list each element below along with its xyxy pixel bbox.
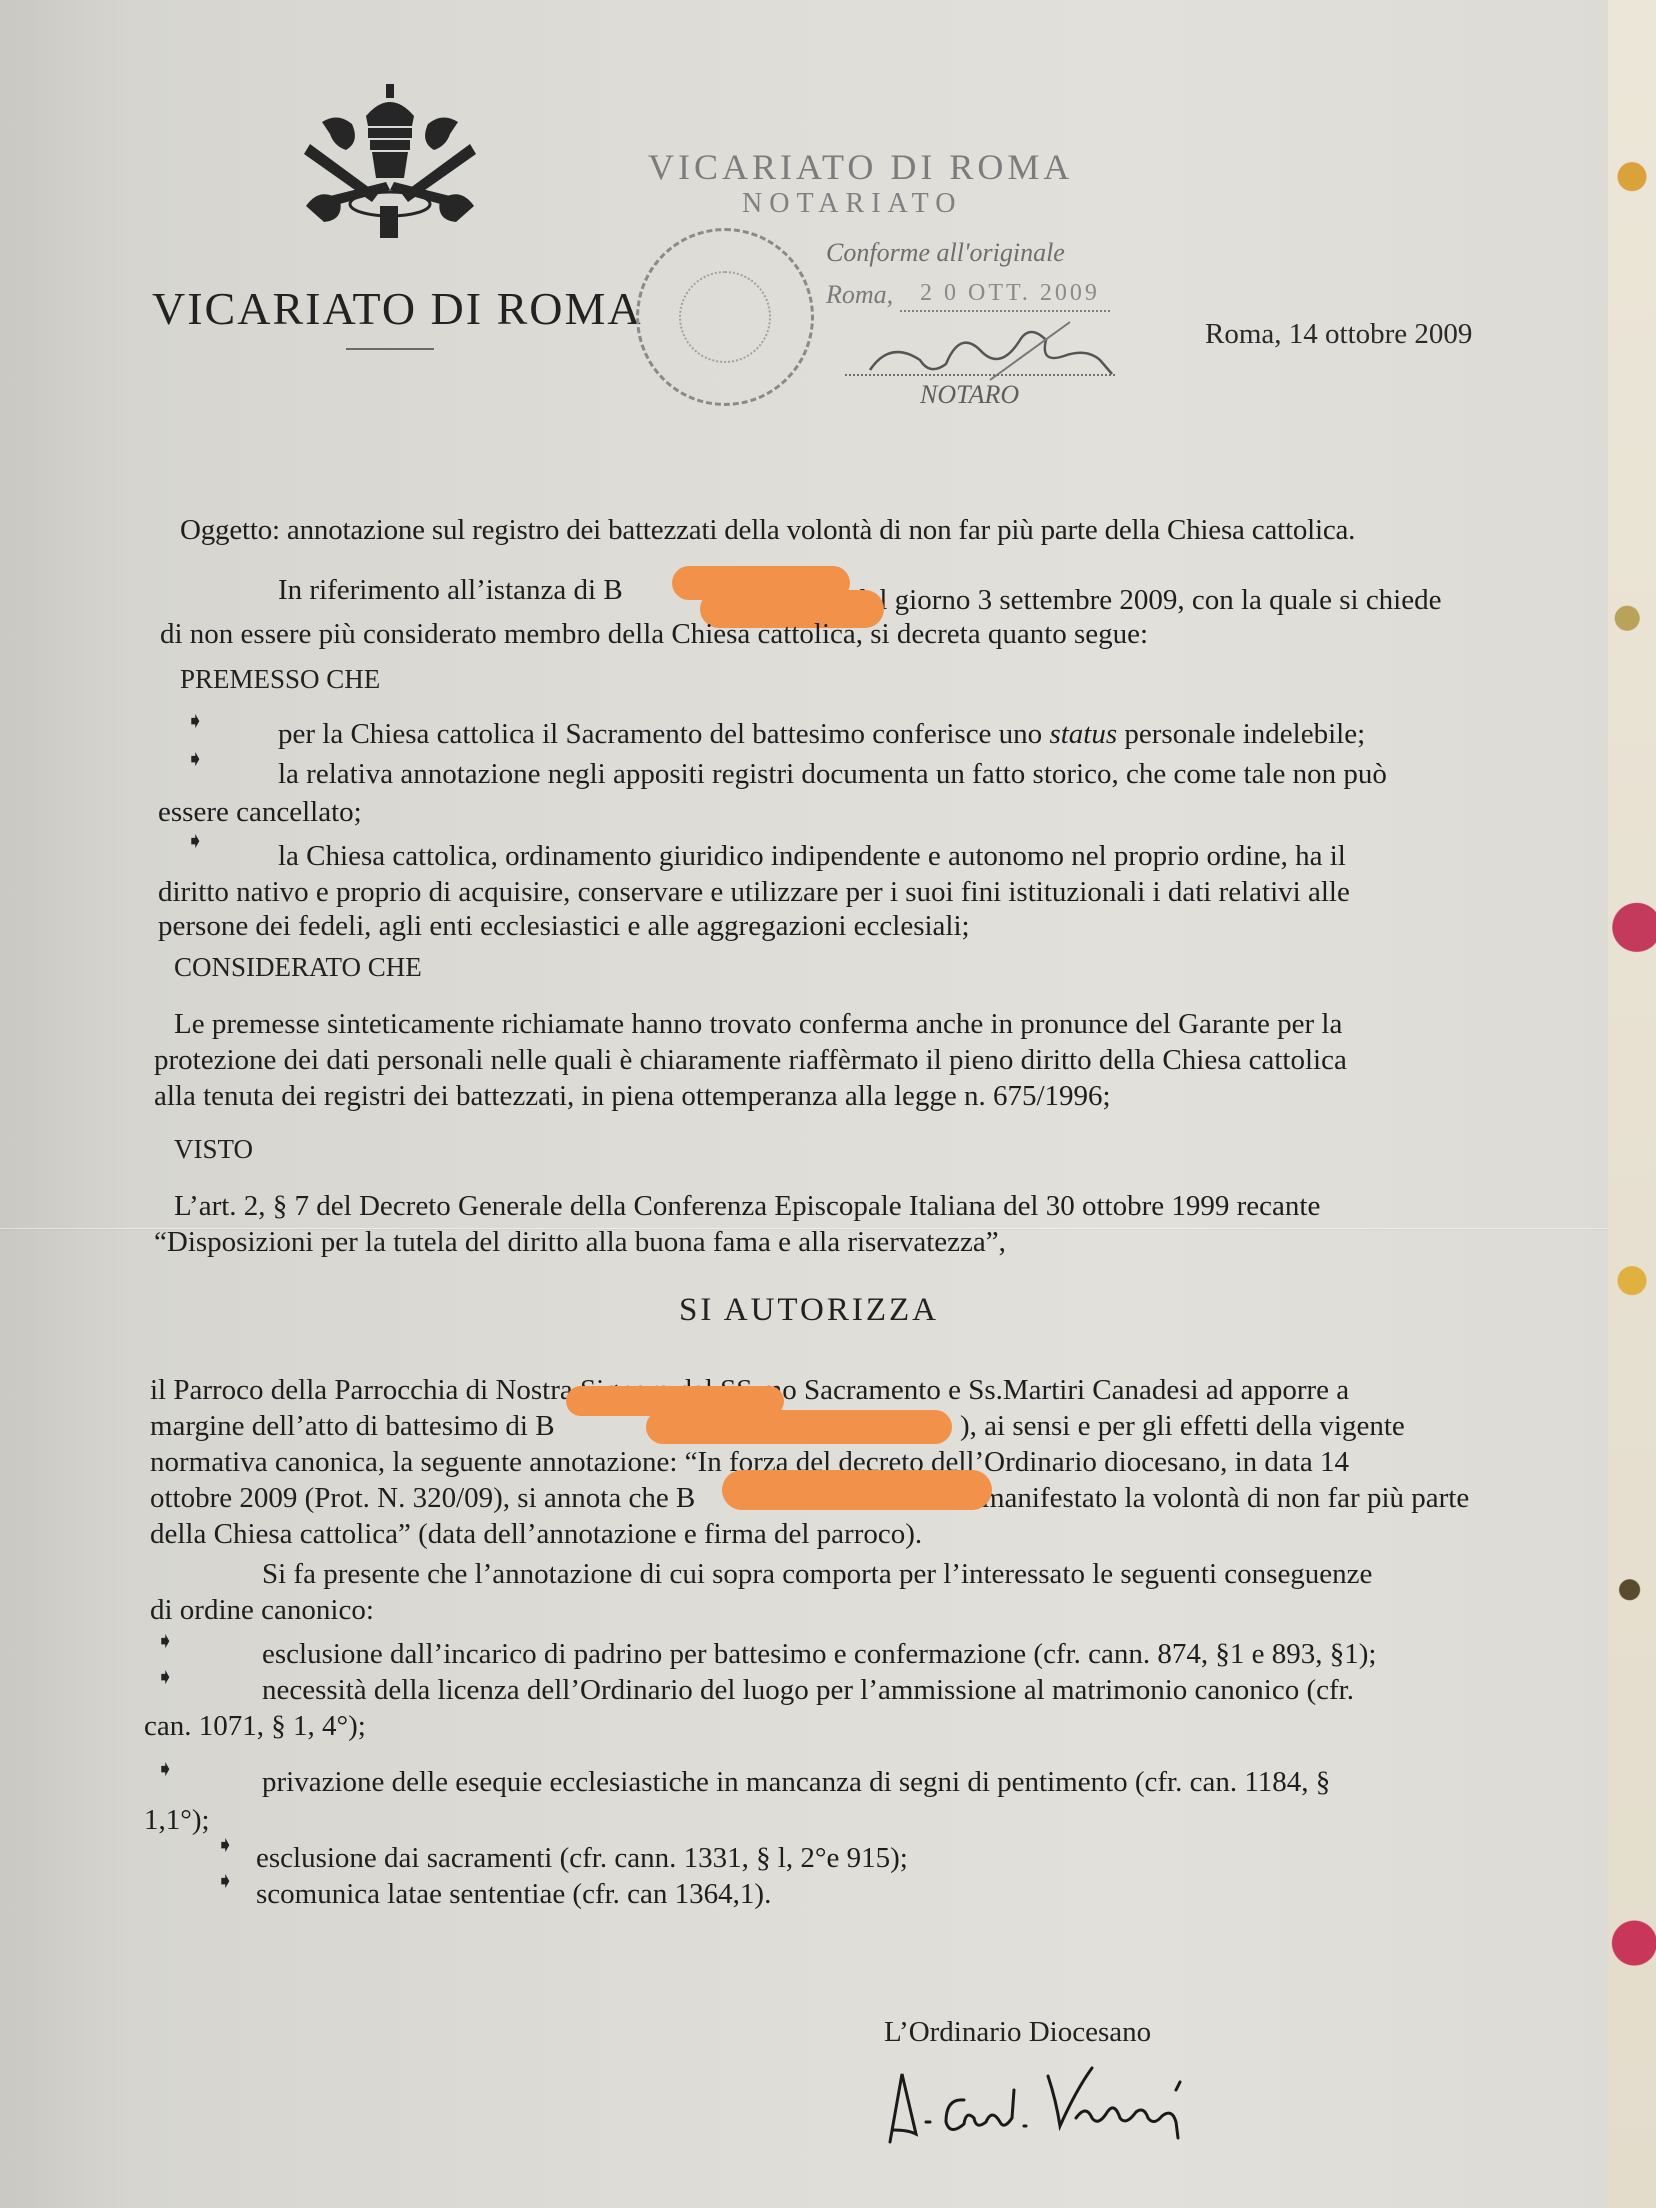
stamp-date: 2 0 OTT. 2009 (920, 280, 1100, 307)
consequence-item-4: esclusione dai sacramenti (cfr. cann. 13… (256, 1840, 908, 1876)
consequence-item-3-line-2: 1,1°); (144, 1802, 210, 1838)
intro-line-1b: del giorno 3 settembre 2009, con la qual… (852, 582, 1442, 618)
arrow-bullet-icon: ➧ (156, 1756, 174, 1782)
authorization-line-4a: ottobre 2009 (Prot. N. 320/09), si annot… (150, 1480, 695, 1516)
decision-title: SI AUTORIZZA (0, 1292, 1618, 1329)
intro-line-1a: In riferimento all’istanza di B (278, 572, 623, 608)
premise-item-1: per la Chiesa cattolica il Sacramento de… (278, 716, 1365, 752)
consequences-intro-line-2: di ordine canonico: (150, 1592, 374, 1628)
consequence-item-2-line-1: necessità della licenza dell’Ordinario d… (262, 1672, 1354, 1708)
redaction-mark (722, 1470, 992, 1510)
authorization-line-2b: ), ai sensi e per gli effetti della vige… (960, 1408, 1405, 1444)
signatory-title: L’Ordinario Diocesano (884, 2016, 1151, 2049)
stamp-place: Roma, (826, 280, 893, 310)
stamp-conformity: Conforme all'originale (826, 238, 1065, 268)
premise-item-3-line-1: la Chiesa cattolica, ordinamento giuridi… (278, 838, 1346, 874)
considerato-line-3: alla tenuta dei registri dei battezzati,… (154, 1078, 1111, 1114)
visto-line-2: “Disposizioni per la tutela del diritto … (154, 1224, 1006, 1260)
stamp-signature-line (845, 374, 1115, 376)
considerato-line-1: Le premesse sinteticamente richiamate ha… (174, 1006, 1342, 1042)
intro-line-2: di non essere più considerato membro del… (160, 616, 1148, 652)
section-heading-premesso: PREMESSO CHE (180, 664, 380, 695)
seal-stamp-icon (636, 228, 814, 406)
subject-line: Oggetto: annotazione sul registro dei ba… (180, 512, 1442, 548)
organization-title: VICARIATO DI ROMA (152, 282, 643, 335)
authorization-line-4b: manifestato la volontà di non far più pa… (982, 1480, 1469, 1516)
section-heading-visto: VISTO (174, 1134, 253, 1165)
premise-item-3-line-3: persone dei fedeli, agli enti ecclesiast… (158, 908, 970, 944)
papal-crest-icon (300, 82, 480, 242)
visto-line-1: L’art. 2, § 7 del Decreto Generale della… (174, 1188, 1320, 1224)
arrow-bullet-icon: ➧ (216, 1832, 234, 1858)
premise-item-2-line-1: la relativa annotazione negli appositi r… (278, 756, 1387, 792)
stamp-date-line (900, 310, 1110, 312)
document-date: Roma, 14 ottobre 2009 (1205, 318, 1472, 351)
section-heading-considerato: CONSIDERATO CHE (174, 952, 422, 983)
stamp-role: NOTARO (920, 380, 1019, 410)
arrow-bullet-icon: ➧ (156, 1664, 174, 1690)
consequence-item-1: esclusione dall’incarico di padrino per … (262, 1636, 1377, 1672)
considerato-line-2: protezione dei dati personali nelle qual… (154, 1042, 1347, 1078)
premise-item-2-line-2: essere cancellato; (158, 794, 362, 830)
tablecloth-background (1608, 0, 1656, 2208)
premise-item-3-line-2: diritto nativo e proprio di acquisire, c… (158, 874, 1350, 910)
consequence-item-2-line-2: can. 1071, § 1, 4°); (144, 1708, 366, 1744)
arrow-bullet-icon: ➧ (156, 1628, 174, 1654)
authorization-line-2a: margine dell’atto di battesimo di B (150, 1408, 555, 1444)
consequence-item-3-line-1: privazione delle esequie ecclesiastiche … (262, 1764, 1330, 1800)
title-underline (346, 348, 434, 350)
arrow-bullet-icon: ➧ (216, 1868, 234, 1894)
handwritten-signature-icon: A. Card. Vallini (880, 2060, 1260, 2150)
arrow-bullet-icon: ➧ (186, 708, 204, 734)
consequences-intro-line-1: Si fa presente che l’annotazione di cui … (262, 1556, 1372, 1592)
consequence-item-5: scomunica latae sententiae (cfr. can 136… (256, 1876, 771, 1912)
document-page: VICARIATO DI ROMA VICARIATO DI ROMA NOTA… (0, 0, 1618, 2208)
notary-signature-icon (850, 320, 1120, 382)
authorization-line-5: della Chiesa cattolica” (data dell’annot… (150, 1516, 922, 1552)
stamp-organization: VICARIATO DI ROMA (648, 146, 1073, 188)
redaction-mark (646, 1410, 952, 1444)
arrow-bullet-icon: ➧ (186, 828, 204, 854)
arrow-bullet-icon: ➧ (186, 746, 204, 772)
stamp-office: NOTARIATO (742, 188, 962, 220)
